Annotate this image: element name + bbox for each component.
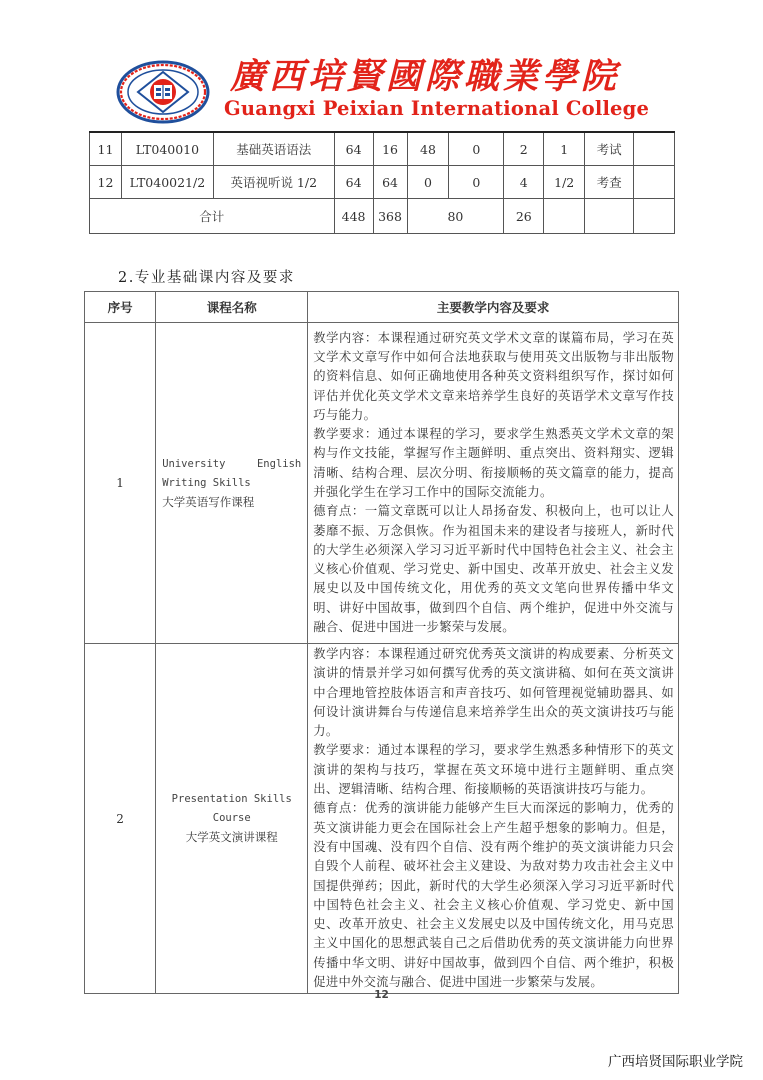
assessment: 考试 [585, 132, 634, 166]
weekly-hours: 26 [504, 199, 544, 234]
course-name-en-line2: Course [162, 809, 301, 828]
row-no: 12 [90, 166, 122, 199]
total-hours: 64 [334, 132, 373, 166]
practice-other-hours: 80 [407, 199, 504, 234]
letterhead: 廣西培賢國際職業學院 Guangxi Peixian International… [112, 56, 652, 126]
theory-hours: 16 [373, 132, 407, 166]
semester [544, 199, 585, 234]
course-name-cn: 大学英语写作课程 [162, 493, 301, 512]
course-content: 教学内容：本课程通过研究英文学术文章的谋篇布局，学习在英文学术文章写作中如何合法… [308, 323, 679, 644]
total-label: 合计 [90, 199, 335, 234]
table-row: 12 LT040021/2 英语视听说 1/2 64 64 0 0 4 1/2 … [90, 166, 675, 199]
table-header-row: 序号 课程名称 主要教学内容及要求 [85, 292, 679, 323]
teaching-requirements: 教学要求：通过本课程的学习，要求学生熟悉英文学术文章的架构与作文技能，掌握写作主… [313, 425, 674, 502]
teaching-requirements: 教学要求：通过本课程的学习，要求学生熟悉多种情形下的英文演讲的架构与技巧，掌握在… [313, 741, 674, 799]
course-name-en-line1: Presentation Skills [162, 790, 301, 809]
other-hours: 0 [449, 166, 504, 199]
table-row: 1 University English Writing Skills 大学英语… [85, 323, 679, 644]
college-name-en: Guangxi Peixian International College [224, 96, 649, 122]
moral-education-point: 德育点：优秀的演讲能力能够产生巨大而深远的影响力，优秀的英文演讲能力更会在国际社… [313, 799, 674, 992]
course-name-cell: Presentation Skills Course 大学英文演讲课程 [156, 644, 308, 994]
assessment: 考查 [585, 166, 634, 199]
practice-hours: 48 [407, 132, 449, 166]
teaching-content: 教学内容：本课程通过研究优秀英文演讲的构成要素、分析英文演讲的情景并学习如何撰写… [313, 645, 674, 741]
footer-institution: 广西培贤国际职业学院 [608, 1050, 743, 1070]
section-heading: 2.专业基础课内容及要求 [118, 266, 295, 287]
course-name-en-word: English [257, 455, 301, 474]
page-number: 12 [0, 989, 763, 1001]
header-content: 主要教学内容及要求 [308, 292, 679, 323]
college-name-cn: 廣西培賢國際職業學院 [230, 56, 620, 98]
course-name-en-line2: Writing Skills [162, 474, 301, 493]
course-code: LT040010 [121, 132, 213, 166]
course-name-cn: 大学英文演讲课程 [162, 828, 301, 847]
note [634, 132, 675, 166]
moral-education-point: 德育点：一篇文章既可以让人昂扬奋发、积极向上，也可以让人萎靡不振、万念俱恢。作为… [313, 502, 674, 637]
total-hours: 64 [334, 166, 373, 199]
course-name-cell: University English Writing Skills 大学英语写作… [156, 323, 308, 644]
course-hours-table: 11 LT040010 基础英语语法 64 16 48 0 2 1 考试 12 … [89, 131, 675, 234]
other-hours: 0 [449, 132, 504, 166]
weekly-hours: 4 [504, 166, 544, 199]
total-row: 合计 448 368 80 26 [90, 199, 675, 234]
course-name: 基础英语语法 [213, 132, 334, 166]
theory-hours: 368 [373, 199, 407, 234]
header-no: 序号 [85, 292, 156, 323]
table-row: 2 Presentation Skills Course 大学英文演讲课程 教学… [85, 644, 679, 994]
college-logo-icon [116, 60, 210, 124]
total-hours: 448 [334, 199, 373, 234]
course-name: 英语视听说 1/2 [213, 166, 334, 199]
row-no: 1 [85, 323, 156, 644]
table-row: 11 LT040010 基础英语语法 64 16 48 0 2 1 考试 [90, 132, 675, 166]
course-name-en-word: University [162, 455, 225, 474]
practice-hours: 0 [407, 166, 449, 199]
assessment [585, 199, 634, 234]
row-no: 11 [90, 132, 122, 166]
course-content-table: 序号 课程名称 主要教学内容及要求 1 University English W… [84, 291, 679, 994]
weekly-hours: 2 [504, 132, 544, 166]
semester: 1 [544, 132, 585, 166]
teaching-content: 教学内容：本课程通过研究英文学术文章的谋篇布局，学习在英文学术文章写作中如何合法… [313, 329, 674, 425]
course-content: 教学内容：本课程通过研究优秀英文演讲的构成要素、分析英文演讲的情景并学习如何撰写… [308, 644, 679, 994]
course-name-en-line1: University English [162, 455, 301, 474]
theory-hours: 64 [373, 166, 407, 199]
header-course-name: 课程名称 [156, 292, 308, 323]
course-code: LT040021/2 [121, 166, 213, 199]
note [634, 166, 675, 199]
row-no: 2 [85, 644, 156, 994]
note [634, 199, 675, 234]
semester: 1/2 [544, 166, 585, 199]
